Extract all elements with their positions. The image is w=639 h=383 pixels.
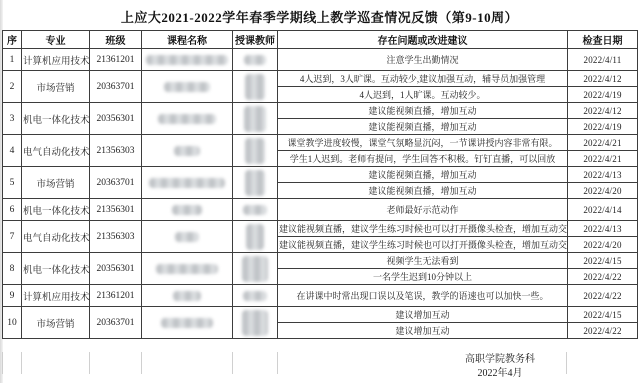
cell-teacher (233, 71, 278, 103)
cell-date: 2022/4/22 (568, 285, 638, 307)
cell-issue: 视频学生无法看到 (278, 253, 568, 269)
footer-department: 高职学院教务科 (415, 353, 585, 367)
cell-class: 21356303 (90, 135, 142, 167)
cell-issue: 建议能视频直播，增加互动 (278, 183, 568, 199)
cell-issue: 建议能视频直播，建议学生练习时候也可以打开摄像头检查，增加互动交流 (278, 237, 568, 253)
cell-class: 21356301 (90, 199, 142, 221)
table-row: 2市场营销203637014人迟到，3人旷课。互动较少,建议加强互动，辅导员加强… (3, 71, 638, 87)
cell-issue: 4人迟到，1人旷课。互动较少。 (278, 87, 568, 103)
cell-issue: 建议增加互动 (278, 307, 568, 323)
redacted-teacher-name (244, 55, 266, 65)
redacted-course-name (174, 146, 200, 156)
table-row: 6机电一体化技术21356301老师最好示范动作2022/4/14 (3, 199, 638, 221)
cell-issue: 建议能视频直播，建议学生练习时候也可以打开摄像头检查，增加互动交流 (278, 221, 568, 237)
redacted-teacher-name (243, 291, 267, 301)
cell-date: 2022/4/14 (568, 199, 638, 221)
cell-no: 8 (3, 253, 22, 285)
cell-date: 2022/4/21 (568, 135, 638, 151)
table-row: 1计算机应用技术21361201注意学生出勤情况2022/4/11 (3, 49, 638, 71)
cell-course (142, 71, 233, 103)
cell-date: 2022/4/20 (568, 237, 638, 253)
redacted-teacher-name (245, 74, 265, 100)
column-line-stub (89, 352, 90, 374)
redacted-teacher-name (244, 106, 266, 132)
column-line-stub (232, 352, 233, 374)
cell-course (142, 135, 233, 167)
cell-class: 21361201 (90, 49, 142, 71)
cell-class: 20363701 (90, 167, 142, 199)
header-no: 序 (3, 31, 22, 49)
cell-date: 2022/4/11 (568, 49, 638, 71)
header-issues: 存在问题或改进建议 (278, 31, 568, 49)
cell-teacher (233, 103, 278, 135)
redacted-course-name (161, 318, 213, 328)
cell-date: 2022/4/12 (568, 71, 638, 87)
cell-class: 21356303 (90, 221, 142, 253)
cell-teacher (233, 253, 278, 285)
cell-course (142, 167, 233, 199)
cell-course (142, 221, 233, 253)
cell-major: 市场营销 (22, 167, 90, 199)
cell-teacher (233, 307, 278, 339)
redacted-teacher-name (245, 138, 265, 164)
cell-course (142, 253, 233, 285)
redacted-teacher-name (243, 205, 267, 215)
cell-date: 2022/4/13 (568, 167, 638, 183)
redacted-course-name (173, 291, 201, 301)
header-course: 课程名称 (142, 31, 233, 49)
cell-major: 机电一体化技术 (22, 103, 90, 135)
cell-date: 2022/4/20 (568, 183, 638, 199)
table-header-row: 序 专业 班级 课程名称 授课教师 存在问题或改进建议 检查日期 (3, 31, 638, 49)
cell-course (142, 307, 233, 339)
redacted-course-name (156, 264, 218, 274)
redacted-course-name (175, 232, 199, 242)
table-row: 4电气自动化技术21356303课堂教学进度较慢，课堂气氛略显沉闷，一节课讲授内… (3, 135, 638, 151)
table-row: 7电气自动化技术21356303建议能视频直播，建议学生练习时候也可以打开摄像头… (3, 221, 638, 237)
cell-issue: 一名学生迟到10分钟以上 (278, 269, 568, 285)
column-line-stub (21, 352, 22, 374)
cell-teacher (233, 167, 278, 199)
cell-course (142, 285, 233, 307)
cell-date: 2022/4/21 (568, 151, 638, 167)
cell-course (142, 199, 233, 221)
footer-signature: 高职学院教务科 2022年4月 (415, 353, 585, 381)
cell-date: 2022/4/15 (568, 253, 638, 269)
table-row: 9计算机应用技术21361201在讲课中时常出现口误以及笔误，教学的语速也可以加… (3, 285, 638, 307)
cell-teacher (233, 135, 278, 167)
table-row: 5市场营销20363701建议能视频直播，增加互动2022/4/13 (3, 167, 638, 183)
cell-no: 3 (3, 103, 22, 135)
redacted-course-name (172, 205, 202, 215)
cell-no: 6 (3, 199, 22, 221)
cell-class: 20363701 (90, 307, 142, 339)
cell-major: 机电一体化技术 (22, 199, 90, 221)
table-row: 3机电一体化技术20356301建议能视频直播，增加互动2022/4/12 (3, 103, 638, 119)
cell-teacher (233, 285, 278, 307)
cell-date: 2022/4/12 (568, 103, 638, 119)
document-title: 上应大2021-2022学年春季学期线上教学巡查情况反馈（第9-10周） (0, 7, 639, 26)
cell-date: 2022/4/13 (568, 221, 638, 237)
cell-major: 机电一体化技术 (22, 253, 90, 285)
cell-no: 1 (3, 49, 22, 71)
redacted-teacher-name (242, 256, 268, 282)
cell-date: 2022/4/15 (568, 307, 638, 323)
cell-issue: 在讲课中时常出现口误以及笔误，教学的语速也可以加快一些。 (278, 285, 568, 307)
cell-no: 5 (3, 167, 22, 199)
redacted-course-name (158, 114, 216, 124)
redacted-teacher-name (245, 170, 265, 196)
table-row: 8机电一体化技术20356301视频学生无法看到2022/4/15 (3, 253, 638, 269)
redacted-course-name (149, 178, 225, 188)
column-line-stub (277, 352, 278, 374)
cell-major: 计算机应用技术 (22, 285, 90, 307)
cell-date: 2022/4/19 (568, 87, 638, 103)
cell-issue: 注意学生出勤情况 (278, 49, 568, 71)
header-class: 班级 (90, 31, 142, 49)
cell-issue: 老师最好示范动作 (278, 199, 568, 221)
cell-class: 20356301 (90, 103, 142, 135)
cell-issue: 建议能视频直播，增加互动 (278, 119, 568, 135)
cell-teacher (233, 221, 278, 253)
cell-date: 2022/4/22 (568, 323, 638, 339)
redacted-teacher-name (246, 224, 264, 250)
cell-issue: 4人迟到，3人旷课。互动较少,建议加强互动，辅导员加强管理 (278, 71, 568, 87)
inspection-table: 序 专业 班级 课程名称 授课教师 存在问题或改进建议 检查日期 1计算机应用技… (2, 30, 638, 339)
cell-class: 20356301 (90, 253, 142, 285)
cell-issue: 学生1人迟到。老师有提问，学生回答不积极。钉钉直播，可以回放 (278, 151, 568, 167)
cell-class: 20363701 (90, 71, 142, 103)
table-row: 10市场营销20363701建议增加互动2022/4/15 (3, 307, 638, 323)
redacted-teacher-name (242, 310, 268, 336)
header-major: 专业 (22, 31, 90, 49)
table-body: 1计算机应用技术21361201注意学生出勤情况2022/4/112市场营销20… (3, 49, 638, 339)
cell-no: 9 (3, 285, 22, 307)
cell-no: 10 (3, 307, 22, 339)
cell-issue: 建议能视频直播，增加互动 (278, 103, 568, 119)
cell-major: 电气自动化技术 (22, 221, 90, 253)
redacted-course-name (146, 55, 228, 65)
cell-issue: 建议增加互动 (278, 323, 568, 339)
cell-teacher (233, 49, 278, 71)
redacted-course-name (164, 82, 210, 92)
cell-course (142, 103, 233, 135)
cell-major: 市场营销 (22, 307, 90, 339)
header-teacher: 授课教师 (233, 31, 278, 49)
cell-no: 7 (3, 221, 22, 253)
cell-class: 21361201 (90, 285, 142, 307)
cell-no: 2 (3, 71, 22, 103)
cell-major: 市场营销 (22, 71, 90, 103)
cell-teacher (233, 199, 278, 221)
header-date: 检查日期 (568, 31, 638, 49)
cell-issue: 建议能视频直播，增加互动 (278, 167, 568, 183)
cell-date: 2022/4/19 (568, 119, 638, 135)
column-line-stub (141, 352, 142, 374)
cell-major: 电气自动化技术 (22, 135, 90, 167)
cell-major: 计算机应用技术 (22, 49, 90, 71)
footer-date: 2022年4月 (415, 367, 585, 381)
cell-no: 4 (3, 135, 22, 167)
cell-course (142, 49, 233, 71)
cell-date: 2022/4/22 (568, 269, 638, 285)
cell-issue: 课堂教学进度较慢，课堂气氛略显沉闷，一节课讲授内容非常有限。 (278, 135, 568, 151)
